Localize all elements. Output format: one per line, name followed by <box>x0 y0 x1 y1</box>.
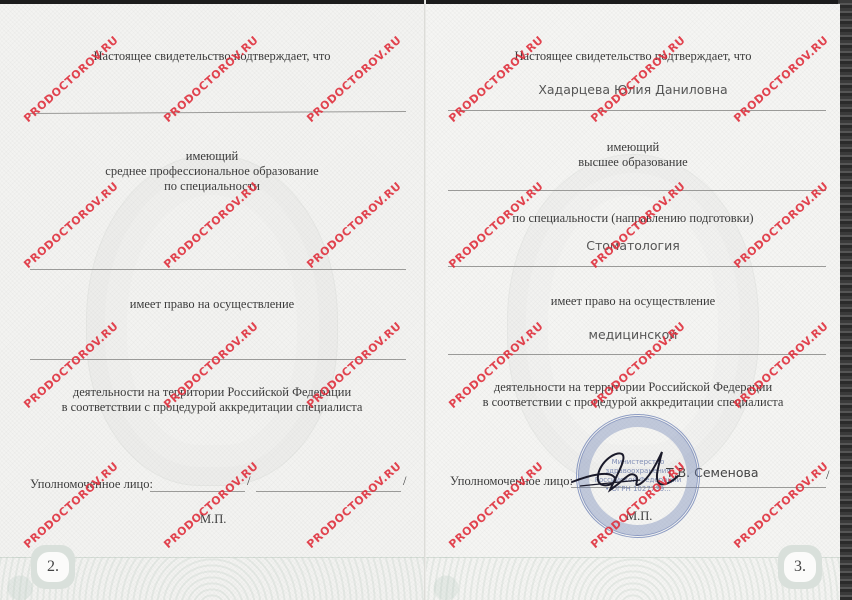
right-education: высшее образование <box>426 155 840 170</box>
left-page-number-badge: 2. <box>31 545 75 589</box>
activity-value: медицинской <box>426 327 840 342</box>
left-separator-2: / <box>403 474 406 489</box>
left-intro: Настоящее свидетельство подтверждает, чт… <box>0 49 424 64</box>
left-name-line <box>30 111 406 114</box>
right-activity-line2: в соответствии с процедурой аккредитации… <box>426 395 840 410</box>
right-specialty-line <box>448 266 826 267</box>
right-activity-line1: деятельности на территории Российской Фе… <box>426 380 840 395</box>
left-education: среднее профессиональное образование <box>0 164 424 179</box>
right-page-number: 3. <box>784 552 816 582</box>
right-having: имеющий <box>426 140 840 155</box>
left-page-number: 2. <box>37 552 69 582</box>
left-specialty-line <box>30 269 406 270</box>
book-edge <box>838 0 852 600</box>
right-name-line <box>448 110 826 111</box>
left-having: имеющий <box>0 149 424 164</box>
left-right-statement: имеет право на осуществление <box>0 297 424 312</box>
guilloche-emblem <box>86 154 338 486</box>
left-activity-line1: деятельности на территории Российской Фе… <box>0 385 424 400</box>
left-activity-line2: в соответствии с процедурой аккредитации… <box>0 400 424 415</box>
right-right-statement: имеет право на осуществление <box>426 294 840 309</box>
right-education-line <box>448 190 826 191</box>
right-page-number-badge: 3. <box>778 545 822 589</box>
right-intro: Настоящее свидетельство подтверждает, чт… <box>426 49 840 64</box>
left-by-specialty: по специальности <box>0 179 424 194</box>
